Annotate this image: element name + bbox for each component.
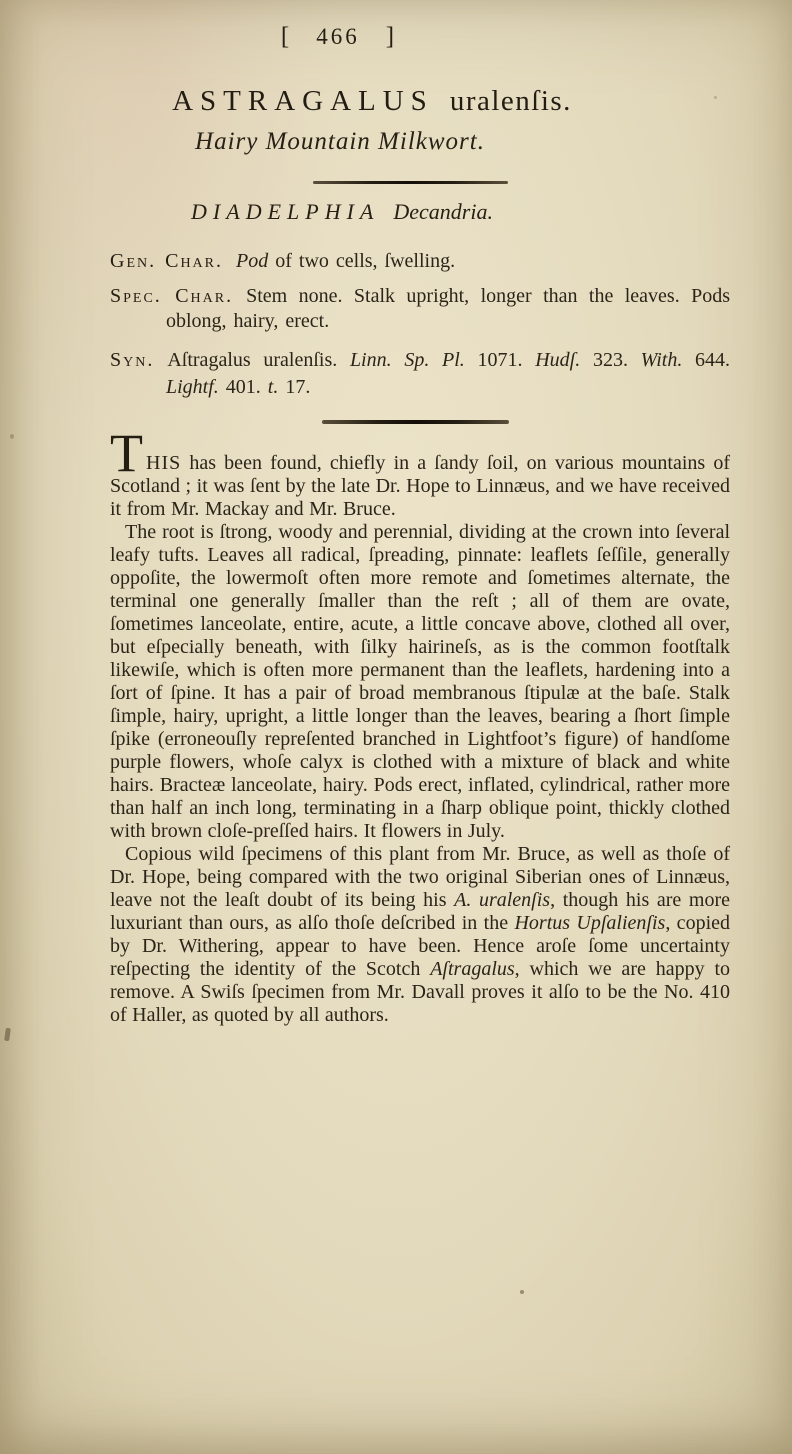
page-number-value: 466	[316, 24, 360, 49]
species-epithet: uralenſis.	[450, 85, 572, 117]
page-number: [466]	[0, 0, 734, 50]
paper-speck	[10, 434, 14, 439]
common-name: Hairy Mountain Milkwort.	[0, 128, 736, 156]
synonym-line: Syn.Aſtragalus uralenſis. Linn. Sp. Pl. …	[110, 347, 730, 401]
citation-linnaeus: Linn. Sp. Pl.	[350, 349, 465, 371]
descriptor-block: Gen. Char.Pod of two cells, ſwelling. Sp…	[0, 249, 792, 401]
text-segment: Stem none. Stalk upright, longer than th…	[166, 285, 730, 332]
specific-character-line: Spec. Char.Stem none. Stalk upright, lon…	[110, 284, 730, 334]
genus-name: ASTRAGALUS	[172, 85, 434, 117]
citation-plate-number: 17.	[278, 376, 310, 398]
text-segment-caps: HIS	[146, 452, 181, 474]
paper-speck	[520, 1290, 524, 1294]
citation-lightfoot: Lightf.	[166, 376, 219, 398]
book-title-italic: Hortus Upſalienſis	[514, 912, 665, 934]
synonym-label: Syn.	[110, 349, 154, 371]
text-segment: of two cells, ſwelling.	[268, 250, 455, 272]
scanned-book-page: [466] ASTRAGALUSuralenſis. Hairy Mountai…	[0, 0, 792, 1454]
citation-page: 401.	[219, 376, 268, 398]
text-segment: The root is ſtrong, woody and perennial,…	[110, 521, 730, 842]
citation-hudson: Hudſ.	[535, 349, 580, 371]
species-reference-italic: A. uralenſis	[454, 889, 550, 911]
paper-speck	[4, 1028, 11, 1042]
generic-character-line: Gen. Char.Pod of two cells, ſwelling.	[110, 249, 730, 274]
paper-speck	[334, 1013, 337, 1016]
paragraph-specimens: Copious wild ſpecimens of this plant fro…	[110, 843, 730, 1027]
divider-rule-top	[313, 181, 508, 184]
text-segment: Aſtragalus uralenſis.	[167, 349, 350, 371]
citation-plate-abbrev: t.	[268, 376, 279, 398]
citation-page: 644.	[682, 349, 730, 371]
page-number-bracket-close: ]	[386, 23, 395, 50]
genus-reference-italic: Aſtragalus	[430, 958, 514, 980]
citation-withering: With.	[641, 349, 683, 371]
paper-speck	[714, 96, 717, 99]
species-title: ASTRAGALUSuralenſis.	[0, 84, 768, 118]
specific-character-label: Spec. Char.	[110, 285, 233, 307]
drop-cap-letter: T	[110, 423, 146, 483]
citation-page: 1071.	[465, 349, 535, 371]
text-segment-italic: Pod	[236, 250, 268, 272]
description-body: THIS has been found, chiefly in a ſandy …	[0, 451, 792, 1027]
classification-line: DIADELPHIADecandria.	[0, 199, 738, 224]
citation-page: 323.	[580, 349, 640, 371]
linnaean-class: DIADELPHIA	[191, 199, 379, 224]
generic-character-label: Gen. Char.	[110, 250, 223, 272]
linnaean-order: Decandria.	[393, 199, 493, 224]
page-number-bracket-open: [	[281, 23, 290, 50]
divider-rule-bottom	[322, 420, 509, 424]
paragraph-habitat: THIS has been found, chiefly in a ſandy …	[110, 451, 730, 521]
paragraph-description: The root is ſtrong, woody and perennial,…	[110, 521, 730, 843]
text-segment: has been found, chiefly in a ſandy ſoil,…	[110, 452, 730, 520]
